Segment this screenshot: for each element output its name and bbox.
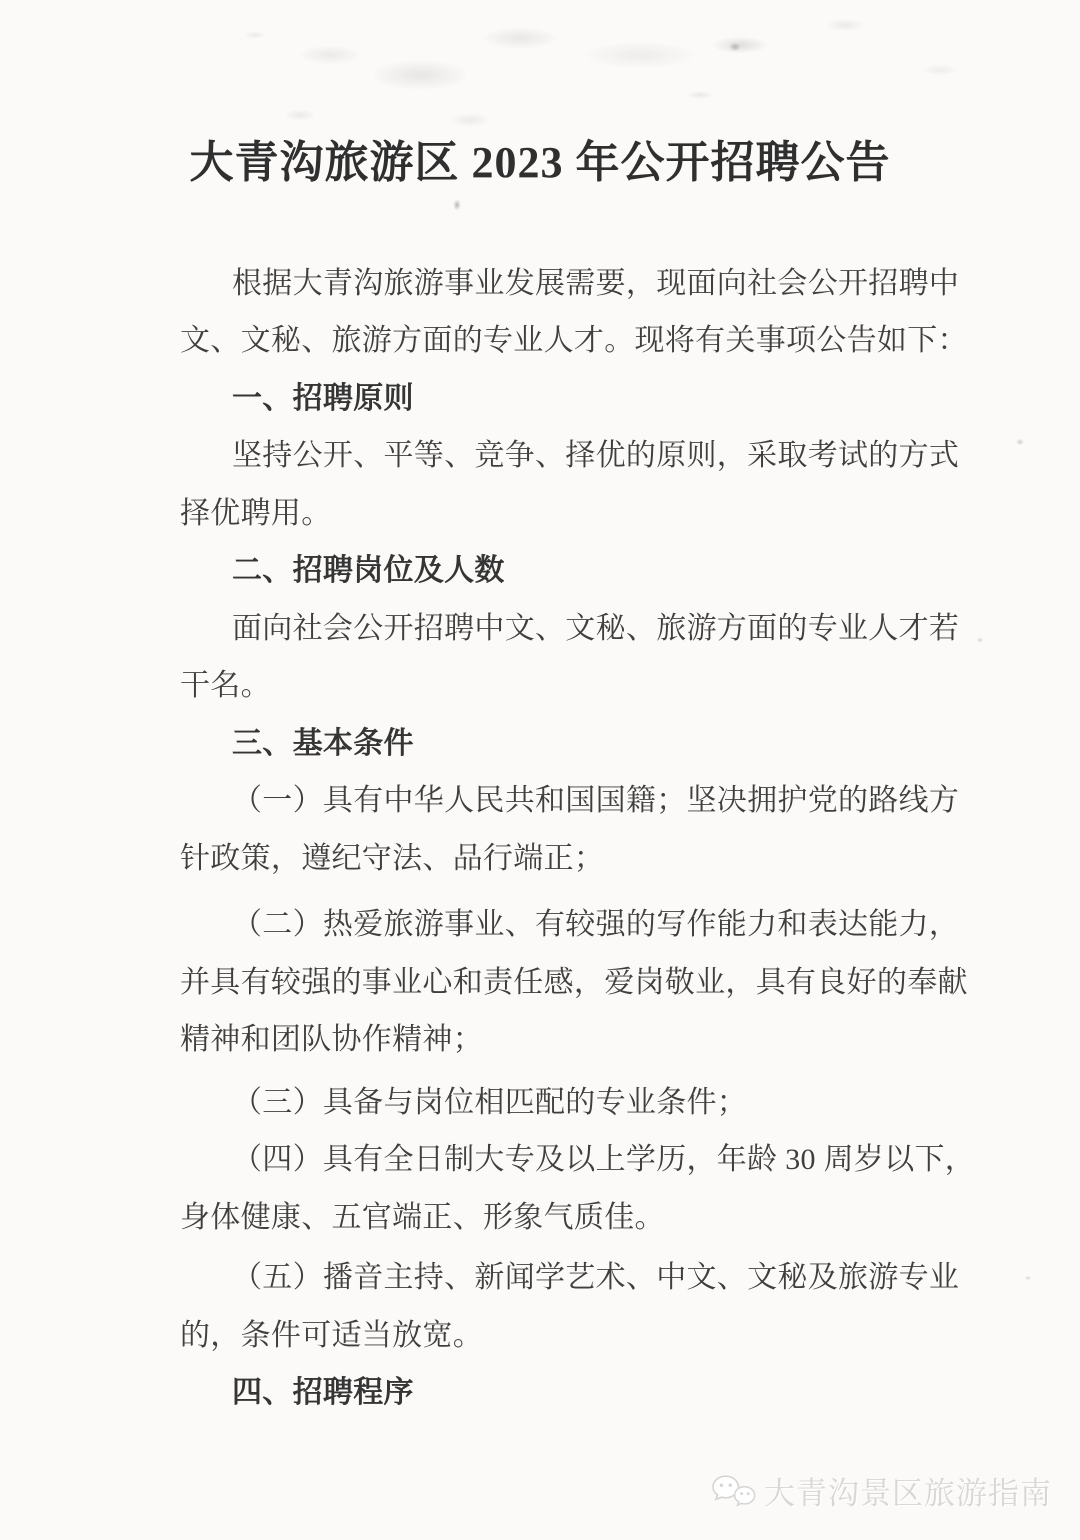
- doc-line: 坚持公开、平等、竞争、择优的原则，采取考试的方式: [180, 424, 980, 482]
- doc-line: 身体健康、五官端正、形象气质佳。: [180, 1185, 980, 1243]
- doc-line: 四、招聘程序: [180, 1361, 980, 1419]
- doc-line: 根据大青沟旅游事业发展需要，现面向社会公开招聘中: [180, 251, 980, 309]
- watermark-label: 大青沟景区旅游指南: [764, 1468, 1052, 1513]
- doc-line: 针政策，遵纪守法、品行端正；: [180, 826, 980, 884]
- doc-line: （二）热爱旅游事业、有较强的写作能力和表达能力，: [180, 893, 980, 951]
- doc-line: （一）具有中华人民共和国国籍；坚决拥护党的路线方: [180, 769, 980, 827]
- doc-line: （三）具备与岗位相匹配的专业条件；: [180, 1070, 980, 1128]
- doc-line: 精神和团队协作精神；: [180, 1008, 980, 1066]
- wechat-icon: [710, 1472, 756, 1510]
- scanned-document-page: 大青沟旅游区 2023 年公开招聘公告 根据大青沟旅游事业发展需要，现面向社会公…: [0, 0, 1080, 1540]
- doc-line: 面向社会公开招聘中文、文秘、旅游方面的专业人才若: [180, 596, 980, 654]
- doc-line: 择优聘用。: [180, 481, 980, 539]
- document-title: 大青沟旅游区 2023 年公开招聘公告: [0, 126, 1080, 190]
- document-body: 根据大青沟旅游事业发展需要，现面向社会公开招聘中文、文秘、旅游方面的专业人才。现…: [180, 251, 980, 1418]
- doc-line: 三、基本条件: [180, 711, 980, 769]
- doc-line: 二、招聘岗位及人数: [180, 539, 980, 597]
- doc-line: 并具有较强的事业心和责任感，爱岗敬业，具有良好的奉献: [180, 950, 980, 1008]
- doc-line: 文、文秘、旅游方面的专业人才。现将有关事项公告如下：: [180, 309, 980, 367]
- doc-line: （五）播音主持、新闻学艺术、中文、文秘及旅游专业: [180, 1246, 980, 1304]
- doc-line: 干名。: [180, 654, 980, 712]
- doc-line: （四）具有全日制大专及以上学历，年龄 30 周岁以下，: [180, 1128, 980, 1186]
- watermark: 大青沟景区旅游指南: [710, 1468, 1052, 1513]
- doc-line: 一、招聘原则: [180, 366, 980, 424]
- doc-line: 的，条件可适当放宽。: [180, 1303, 980, 1361]
